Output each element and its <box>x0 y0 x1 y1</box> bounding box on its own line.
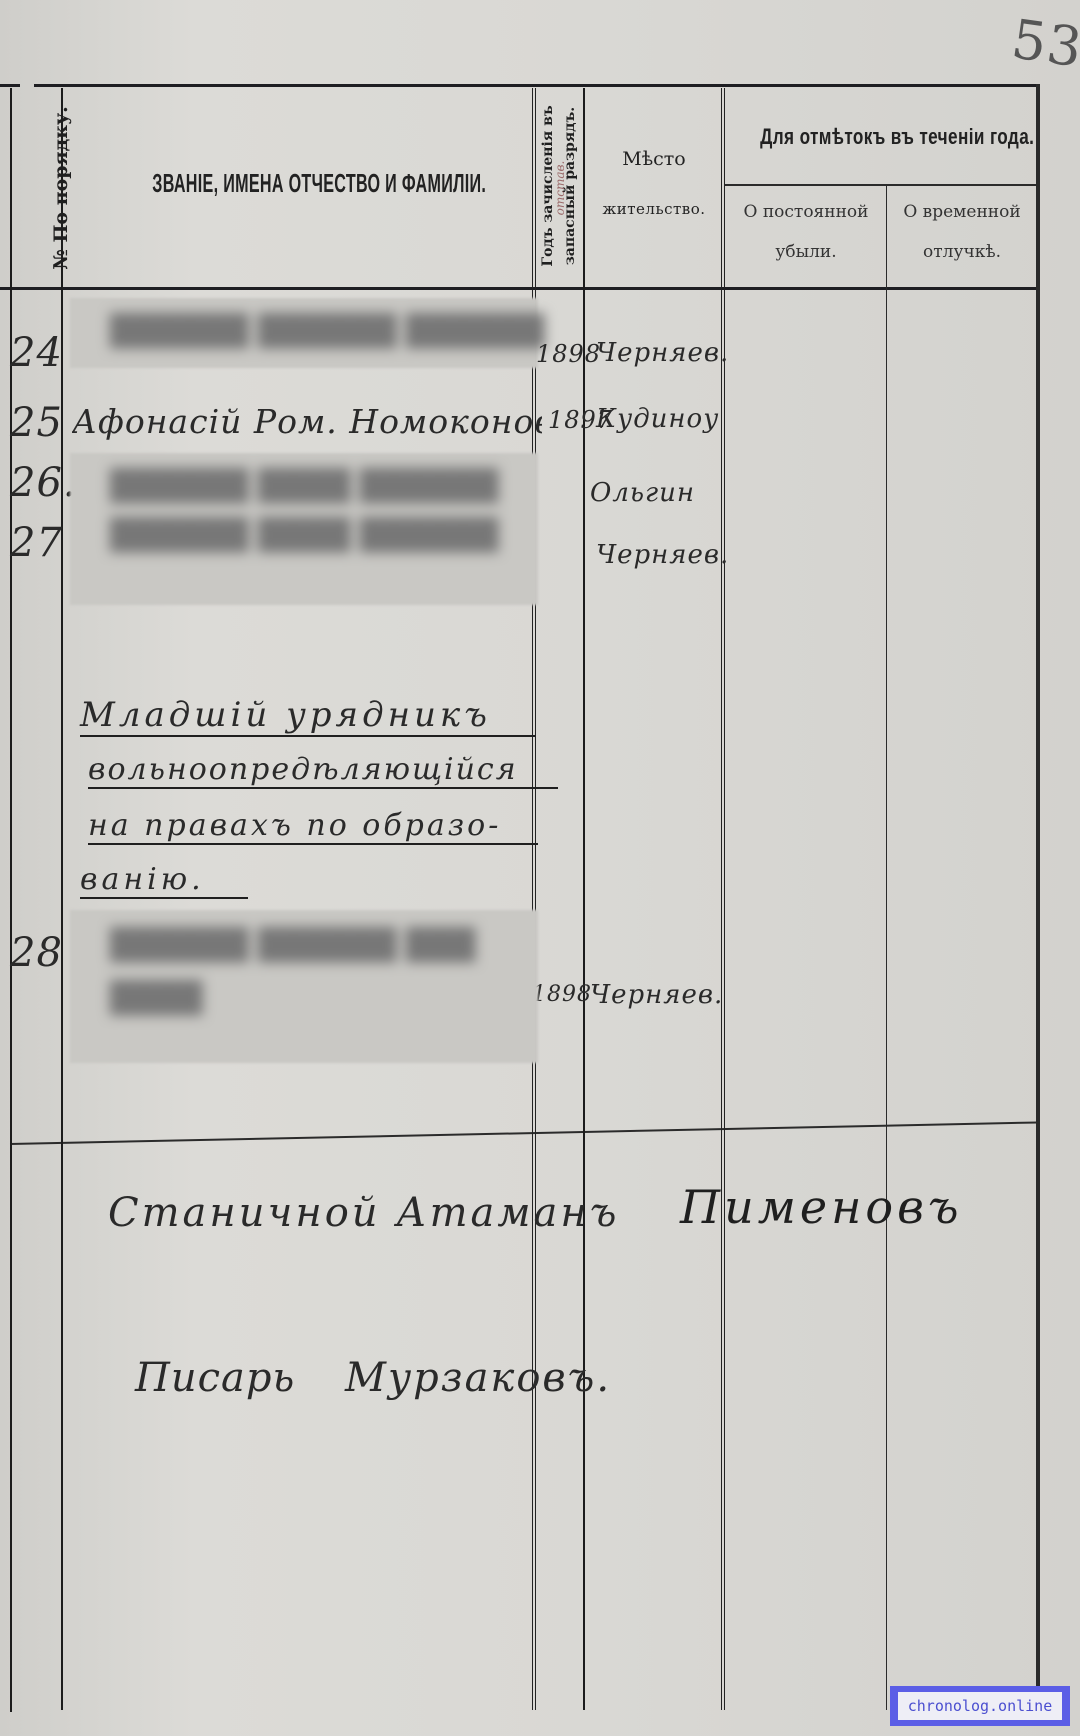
table-bottom-line <box>10 1121 1038 1145</box>
header-residence-line1: Мѣсто <box>587 148 721 170</box>
redacted-name-row-28: ██████ ██████ ███ ████ <box>70 910 538 1063</box>
redacted-name: ██████ ████ ██████ <box>70 453 538 504</box>
row-number: 25 <box>10 400 63 446</box>
header-bottom-border <box>0 287 1038 290</box>
residence-cell: Черняев. <box>590 980 723 1010</box>
watermark-text: chronolog.online <box>898 1692 1062 1720</box>
section-heading-line4: ванiю. <box>80 862 248 899</box>
redacted-name-row-24: ██████ ██████ ██████ <box>70 298 538 368</box>
page-number: 53 <box>1008 7 1080 79</box>
redacted-name: ██████ ██████ ██████ <box>70 298 538 349</box>
name-row-25: Афонасiй Ром. Номоконовъ <box>72 402 542 441</box>
residence-cell: Кудиноу <box>596 404 719 434</box>
row-number: 24 <box>10 330 63 376</box>
row-number: 28 <box>10 930 63 976</box>
residence-cell: Черняев. <box>596 338 729 368</box>
ataman-title: Станичной Атаманъ <box>108 1190 619 1236</box>
section-heading-line3: на правахъ по образо- <box>88 808 538 845</box>
column-line <box>721 88 725 1710</box>
header-permanent-line1: О постоянной <box>726 202 886 222</box>
ataman-signature: Пименовъ <box>680 1180 963 1234</box>
year-cell: 1898 <box>536 340 601 368</box>
residence-cell: Черняев. <box>596 540 729 570</box>
header-subdivider <box>724 184 1038 186</box>
clerk-signature: Мурзаковъ. <box>345 1355 611 1401</box>
section-heading-line2: вольноопредѣляющiйся <box>88 752 558 789</box>
document-page: 53 № По порядку. ЗВАНIЕ, ИМЕНА ОТЧЕСТВО … <box>0 0 1080 1736</box>
table-right-border <box>1036 84 1040 1714</box>
header-number: № По порядку. <box>46 83 76 293</box>
header-name: ЗВАНIЕ, ИМЕНА ОТЧЕСТВО И ФАМИЛIИ. <box>152 168 443 199</box>
clerk-title: Писарь <box>135 1355 295 1401</box>
header-year-annotation: отстав. <box>552 158 568 218</box>
row-number: 27 <box>10 520 63 566</box>
header-temporary-line2: отлучкѣ. <box>888 242 1036 262</box>
row-number: 26. <box>10 460 77 506</box>
watermark: chronolog.online <box>890 1686 1070 1726</box>
column-line <box>886 186 887 1710</box>
redacted-name: ██████ ██████ ███ <box>70 910 538 963</box>
header-permanent-line2: убыли. <box>726 242 886 262</box>
residence-cell: Ольгин <box>590 478 695 508</box>
column-line <box>583 88 585 1710</box>
header-temporary-line1: О временной <box>888 202 1036 222</box>
redacted-name: ██████ ████ ██████ <box>70 504 538 553</box>
redacted-name: ████ <box>70 963 538 1016</box>
section-heading-line1: Младшiй урядникъ <box>80 695 535 737</box>
table-top-border <box>0 84 20 87</box>
header-residence-line2: жительство. <box>587 200 721 218</box>
year-cell: 1898 <box>532 982 592 1007</box>
redacted-name-row-26-27: ██████ ████ ██████ ██████ ████ ██████ <box>70 453 538 605</box>
header-marks: Для отмѣтокъ въ теченiи года. <box>760 124 1002 150</box>
